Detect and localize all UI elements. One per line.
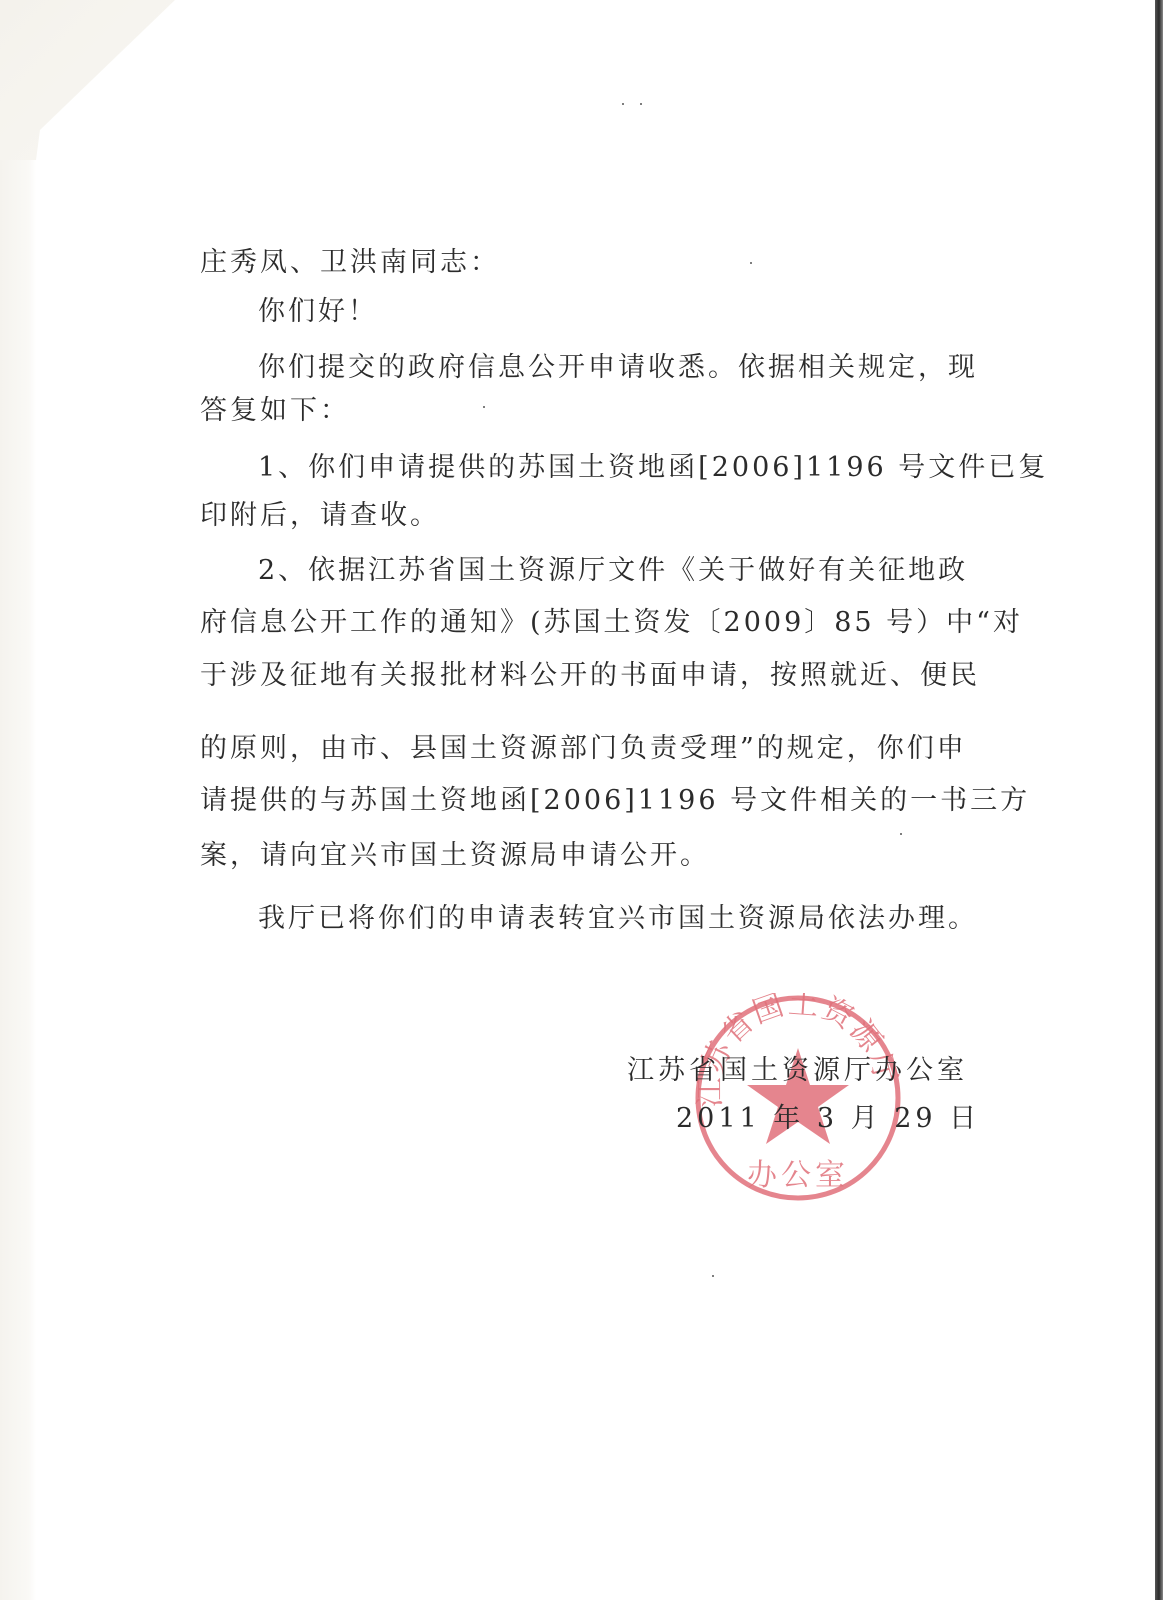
- salutation: 庄秀凤、卫洪南同志：: [200, 247, 500, 279]
- scanner-edge: [1155, 0, 1163, 1600]
- paragraph-line: 案，请向宜兴市国土资源局申请公开。: [200, 840, 710, 872]
- folded-corner: [0, 0, 180, 160]
- paragraph-line: 府信息公开工作的通知》(苏国土资发〔2009〕85 号）中“对: [200, 607, 1023, 639]
- scanned-page: 庄秀凤、卫洪南同志： 你们好！ 你们提交的政府信息公开申请收悉。依据相关规定，现…: [0, 0, 1163, 1600]
- paragraph-line: 1、你们申请提供的苏国土资地函[2006]1196 号文件已复: [258, 452, 1048, 484]
- paragraph-line: 于涉及征地有关报批材料公开的书面申请，按照就近、便民: [200, 660, 980, 692]
- issuer-name: 江苏省国土资源厅办公室: [627, 1055, 968, 1087]
- scan-speck: [712, 1275, 714, 1277]
- closing-paragraph: 我厅已将你们的申请表转宜兴市国土资源局依法办理。: [258, 903, 978, 935]
- scan-speck: [622, 103, 624, 105]
- paragraph-line: 印附后，请查收。: [200, 500, 440, 532]
- paragraph-line: 请提供的与苏国土资地函[2006]1196 号文件相关的一书三方: [200, 785, 1030, 817]
- paragraph-line: 答复如下：: [200, 395, 350, 427]
- greeting: 你们好！: [258, 296, 378, 328]
- scan-speck: [750, 262, 752, 264]
- paragraph-line: 你们提交的政府信息公开申请收悉。依据相关规定，现: [258, 352, 978, 384]
- paragraph-line: 2、依据江苏省国土资源厅文件《关于做好有关征地政: [258, 555, 968, 587]
- scan-speck: [483, 406, 485, 408]
- scan-speck: [640, 103, 642, 105]
- scan-speck: [900, 833, 902, 835]
- page-left-shadow: [0, 0, 36, 1600]
- issue-date: 2011 年 3 月 29 日: [676, 1103, 980, 1135]
- svg-text:办公室: 办公室: [747, 1158, 849, 1193]
- paragraph-line: 的原则，由市、县国土资源部门负责受理”的规定，你们申: [200, 733, 967, 765]
- official-seal-icon: 江苏省国土资源厅 办公室: [693, 993, 903, 1203]
